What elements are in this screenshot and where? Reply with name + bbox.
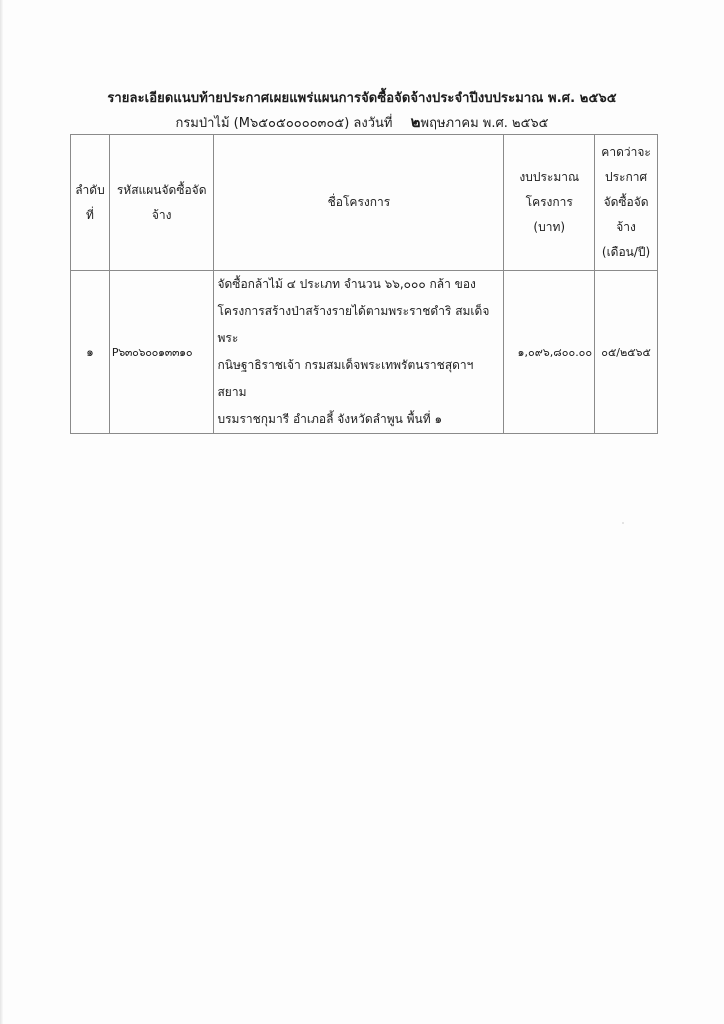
scan-speck: [622, 522, 624, 524]
subtitle-date: พฤษภาคม พ.ศ. ๒๕๖๕: [421, 116, 549, 131]
scan-edge: [0, 0, 3, 1024]
header-budget: งบประมาณ โครงการ (บาท): [504, 135, 595, 271]
subtitle-department: กรมป่าไม้ (M๖๕๐๕๐๐๐๐๓๐๕) ลงวันที่: [175, 116, 392, 131]
header-expected-month: คาดว่าจะ ประกาศ จัดซื้อจัด จ้าง (เดือน/ป…: [595, 135, 658, 271]
header-project-name: ชื่อโครงการ: [214, 135, 504, 271]
table-header-row: ลำดับ ที่ รหัสแผนจัดซื้อจัด จ้าง ชื่อโคร…: [71, 135, 658, 271]
document-subtitle: กรมป่าไม้ (M๖๕๐๕๐๐๐๐๓๐๕) ลงวันที่ ๒พฤษภา…: [0, 110, 724, 134]
cell-no: ๑: [71, 271, 110, 434]
cell-project-name: จัดซื้อกล้าไม้ ๔ ประเภท จำนวน ๖๖,๐๐๐ กล้…: [214, 271, 504, 434]
cell-expected-month: ๐๕/๒๕๖๕: [595, 271, 658, 434]
header-no: ลำดับ ที่: [71, 135, 110, 271]
table-row: ๑ P๖๓๐๖๐๐๑๓๓๑๐ จัดซื้อกล้าไม้ ๔ ประเภท จ…: [71, 271, 658, 434]
header-plan-code: รหัสแผนจัดซื้อจัด จ้าง: [109, 135, 214, 271]
document-title: รายละเอียดแนบท้ายประกาศเผยแพร่แผนการจัดซ…: [0, 87, 724, 108]
cell-plan-code: P๖๓๐๖๐๐๑๓๓๑๐: [109, 271, 214, 434]
cell-budget: ๑,๐๙๖,๘๐๐.๐๐: [504, 271, 595, 434]
subtitle-day: ๒: [411, 113, 421, 131]
procurement-plan-table: ลำดับ ที่ รหัสแผนจัดซื้อจัด จ้าง ชื่อโคร…: [70, 134, 658, 434]
